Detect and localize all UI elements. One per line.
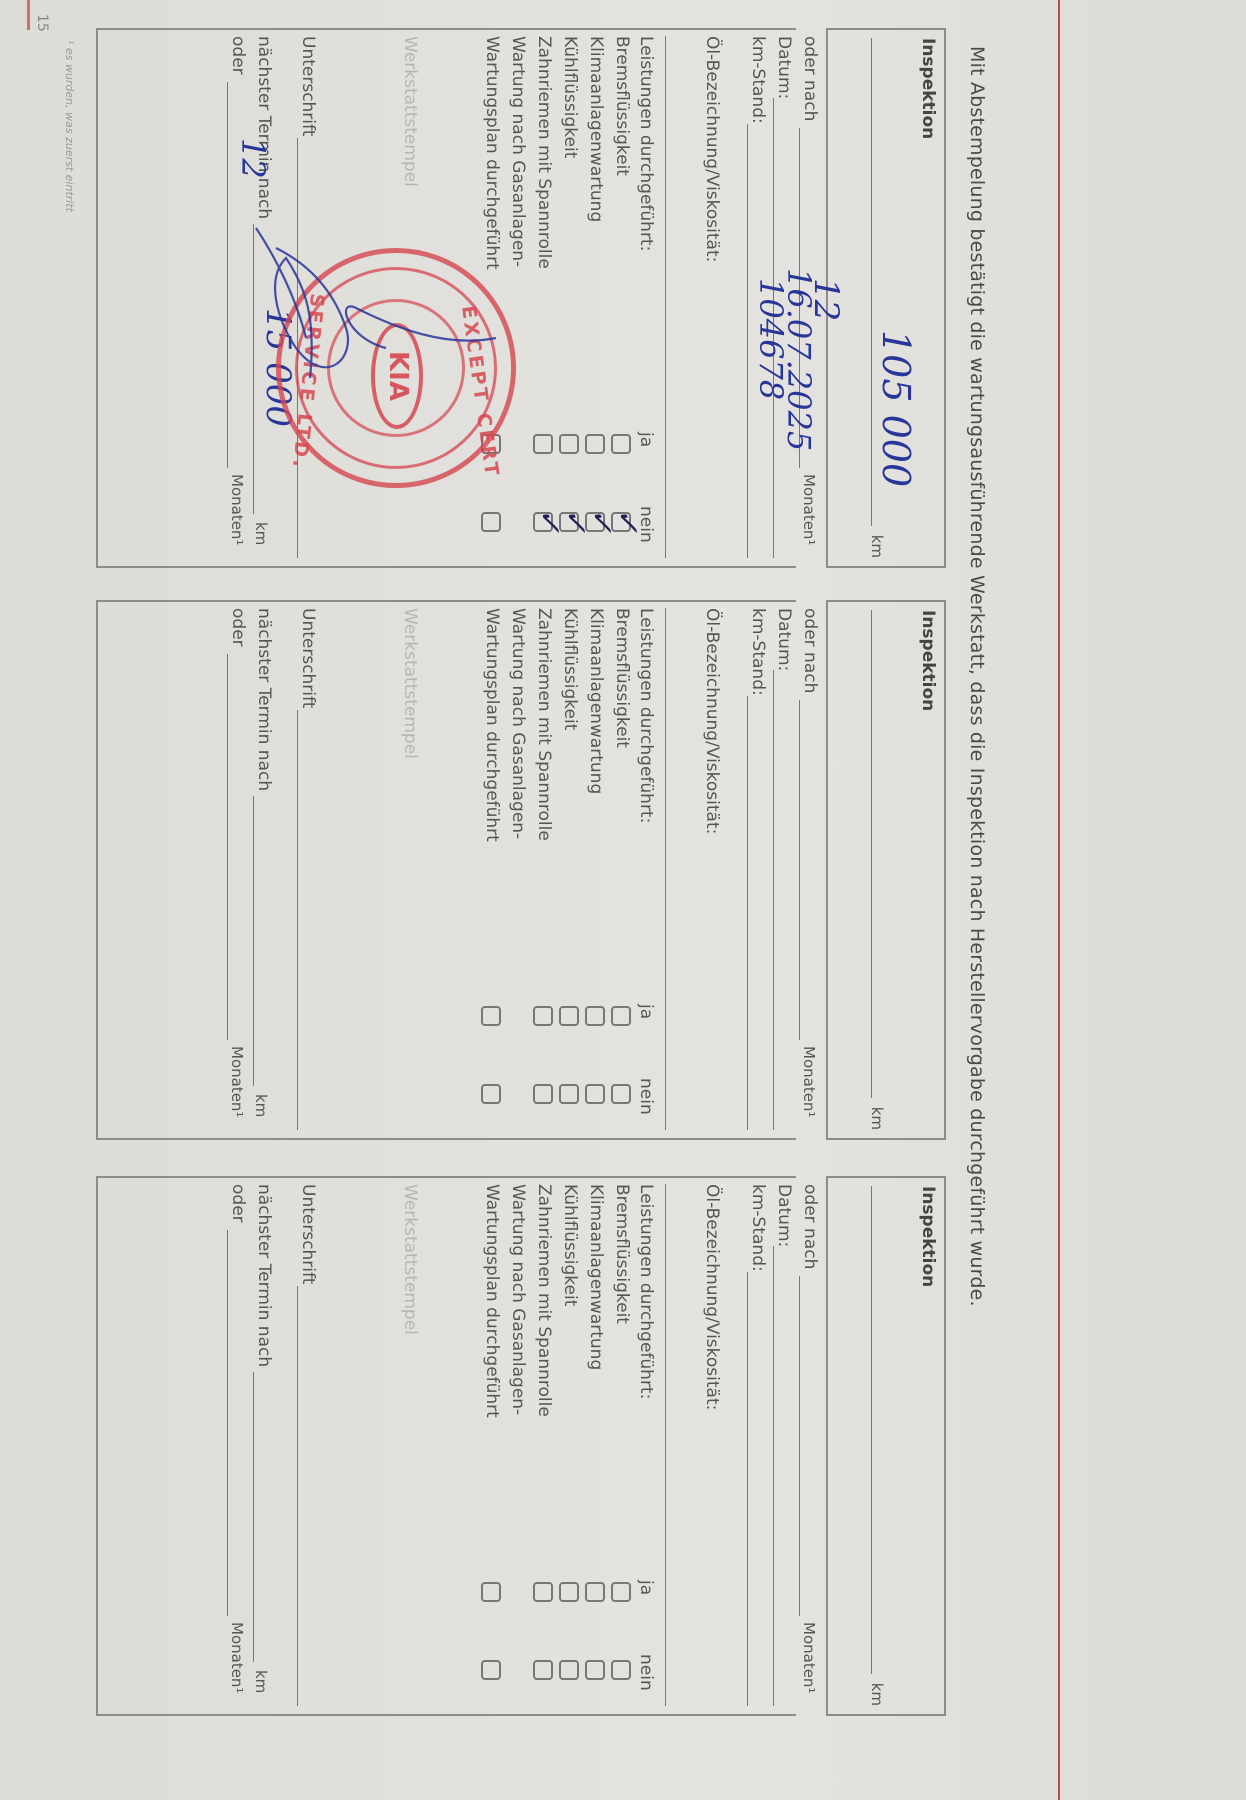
service-label: Zahnriemen mit Spannrolle [534, 1184, 554, 1417]
checkbox-nein[interactable] [533, 1660, 553, 1680]
unterschrift-line [297, 1286, 298, 1706]
service-label: Bremsflüssigkeit [612, 1184, 632, 1324]
services-box [96, 600, 796, 1140]
signature [246, 188, 506, 488]
naechster-termin-monate-value[interactable]: 12 [234, 138, 272, 179]
werkstattstempel-label: Werkstattstempel [400, 1184, 420, 1335]
service-label: Kühlflüssigkeit [560, 608, 580, 730]
monaten-unit: Monaten¹ [800, 1046, 818, 1117]
inspektion-km-line [871, 610, 872, 1098]
oder-nach-line [799, 700, 800, 1040]
inspection-entry-1: Inspektion 105 000 km oder nach 12 Monat… [96, 28, 946, 568]
checkbox-ja[interactable] [559, 434, 579, 454]
checkbox-nein[interactable] [611, 1660, 631, 1680]
km-unit-2: km [252, 522, 270, 545]
checkbox-ja[interactable] [533, 434, 553, 454]
monaten-unit: Monaten¹ [800, 474, 818, 545]
checkbox-ja[interactable] [481, 1582, 501, 1602]
km-unit: km [868, 535, 886, 558]
inspektion-km-line [871, 38, 872, 526]
inspection-box: Inspektion km [826, 1176, 946, 1716]
leistungen-label: Leistungen durchgeführt: [636, 36, 656, 251]
werkstattstempel-label: Werkstattstempel [400, 608, 420, 759]
leistungen-label: Leistungen durchgeführt: [636, 608, 656, 823]
service-label: Wartungsplan durchgeführt [482, 608, 502, 842]
service-label: Klimaanlagenwartung [586, 608, 606, 794]
monaten-unit-2: Monaten¹ [228, 474, 246, 545]
checkbox-ja[interactable] [559, 1006, 579, 1026]
checkbox-nein[interactable] [585, 1084, 605, 1104]
unterschrift-line [297, 710, 298, 1130]
service-label: Wartung nach Gasanlagen- [508, 608, 528, 839]
footnote: ¹ es wurden, was zuerst eintritt [63, 40, 76, 212]
monaten-unit: Monaten¹ [800, 1622, 818, 1693]
ja-label: ja [636, 432, 656, 447]
checkbox-nein[interactable] [481, 1084, 501, 1104]
check-mark-icon: ✓ [532, 508, 567, 533]
km-unit: km [868, 1107, 886, 1130]
km-unit: km [868, 1683, 886, 1706]
service-label: Klimaanlagenwartung [586, 1184, 606, 1370]
page-edge-mark [27, 0, 30, 30]
oder-line [227, 1230, 228, 1616]
checkbox-nein[interactable] [533, 1084, 553, 1104]
inspection-entry-2: Inspektion km oder nach Monaten¹ Datum: … [96, 600, 946, 1140]
service-label: Klimaanlagenwartung [586, 36, 606, 222]
werkstattstempel-label: Werkstattstempel [400, 36, 420, 187]
oder-line [227, 654, 228, 1040]
oder-label: oder [228, 1184, 248, 1223]
checkbox-ja[interactable] [533, 1006, 553, 1026]
checkbox-nein[interactable] [481, 512, 501, 532]
inspection-box: Inspektion km [826, 600, 946, 1140]
checkbox-ja[interactable] [611, 1582, 631, 1602]
inspektion-label: Inspektion [918, 1186, 938, 1287]
service-label: Kühlflüssigkeit [560, 36, 580, 158]
monaten-unit-2: Monaten¹ [228, 1622, 246, 1693]
checkbox-ja[interactable] [611, 434, 631, 454]
service-label: Wartungsplan durchgeführt [482, 1184, 502, 1418]
oder-line [227, 82, 228, 468]
service-label: Wartung nach Gasanlagen- [508, 36, 528, 267]
leistungen-label: Leistungen durchgeführt: [636, 1184, 656, 1399]
service-label: Zahnriemen mit Spannrolle [534, 608, 554, 841]
service-label: Zahnriemen mit Spannrolle [534, 36, 554, 269]
nein-label: nein [636, 1078, 656, 1115]
checkbox-ja[interactable] [611, 1006, 631, 1026]
unterschrift-label: Unterschrift [298, 608, 318, 708]
checkbox-nein[interactable] [559, 1084, 579, 1104]
naechster-termin-line [253, 1372, 254, 1662]
page-number: 15 [34, 14, 50, 32]
checkbox-nein[interactable] [585, 1660, 605, 1680]
oder-label: oder [228, 36, 248, 75]
service-label: Bremsflüssigkeit [612, 36, 632, 176]
checkbox-ja[interactable] [533, 1582, 553, 1602]
inspektion-label: Inspektion [918, 610, 938, 711]
checkbox-nein[interactable] [481, 1660, 501, 1680]
service-label: Kühlflüssigkeit [560, 1184, 580, 1306]
service-booklet-page: Mit Abstempelung bestätigt die wartungsa… [0, 0, 1246, 1800]
naechster-termin-line [253, 796, 254, 1086]
inspektion-km-line [871, 1186, 872, 1674]
inspektion-label: Inspektion [918, 38, 938, 139]
km-unit-2: km [252, 1670, 270, 1693]
checkbox-nein[interactable] [611, 1084, 631, 1104]
ja-label: ja [636, 1004, 656, 1019]
page-edge-rule [1058, 0, 1060, 1800]
oder-nach-label: oder nach [800, 36, 820, 121]
checkbox-ja[interactable] [559, 1582, 579, 1602]
unterschrift-label: Unterschrift [298, 1184, 318, 1284]
service-label: Bremsflüssigkeit [612, 608, 632, 748]
page-heading: Mit Abstempelung bestätigt die wartungsa… [966, 46, 988, 1307]
oder-label: oder [228, 608, 248, 647]
km-unit-2: km [252, 1094, 270, 1117]
checkbox-ja[interactable] [585, 1582, 605, 1602]
oder-nach-label: oder nach [800, 1184, 820, 1269]
nein-label: nein [636, 1654, 656, 1691]
monaten-unit-2: Monaten¹ [228, 1046, 246, 1117]
naechster-termin-label: nächster Termin nach [254, 608, 274, 791]
service-label: Wartung nach Gasanlagen- [508, 1184, 528, 1415]
ja-label: ja [636, 1580, 656, 1595]
naechster-termin-label: nächster Termin nach [254, 1184, 274, 1367]
oder-nach-label: oder nach [800, 608, 820, 693]
checkbox-ja[interactable] [585, 1006, 605, 1026]
checkbox-nein[interactable] [559, 1660, 579, 1680]
unterschrift-label: Unterschrift [298, 36, 318, 136]
checkbox-ja[interactable] [481, 1006, 501, 1026]
oder-nach-line [799, 1276, 800, 1616]
checkbox-ja[interactable] [585, 434, 605, 454]
services-box [96, 1176, 796, 1716]
inspection-entry-3: Inspektion km oder nach Monaten¹ Datum: … [96, 1176, 946, 1716]
inspektion-km-value[interactable]: 105 000 [874, 330, 918, 487]
